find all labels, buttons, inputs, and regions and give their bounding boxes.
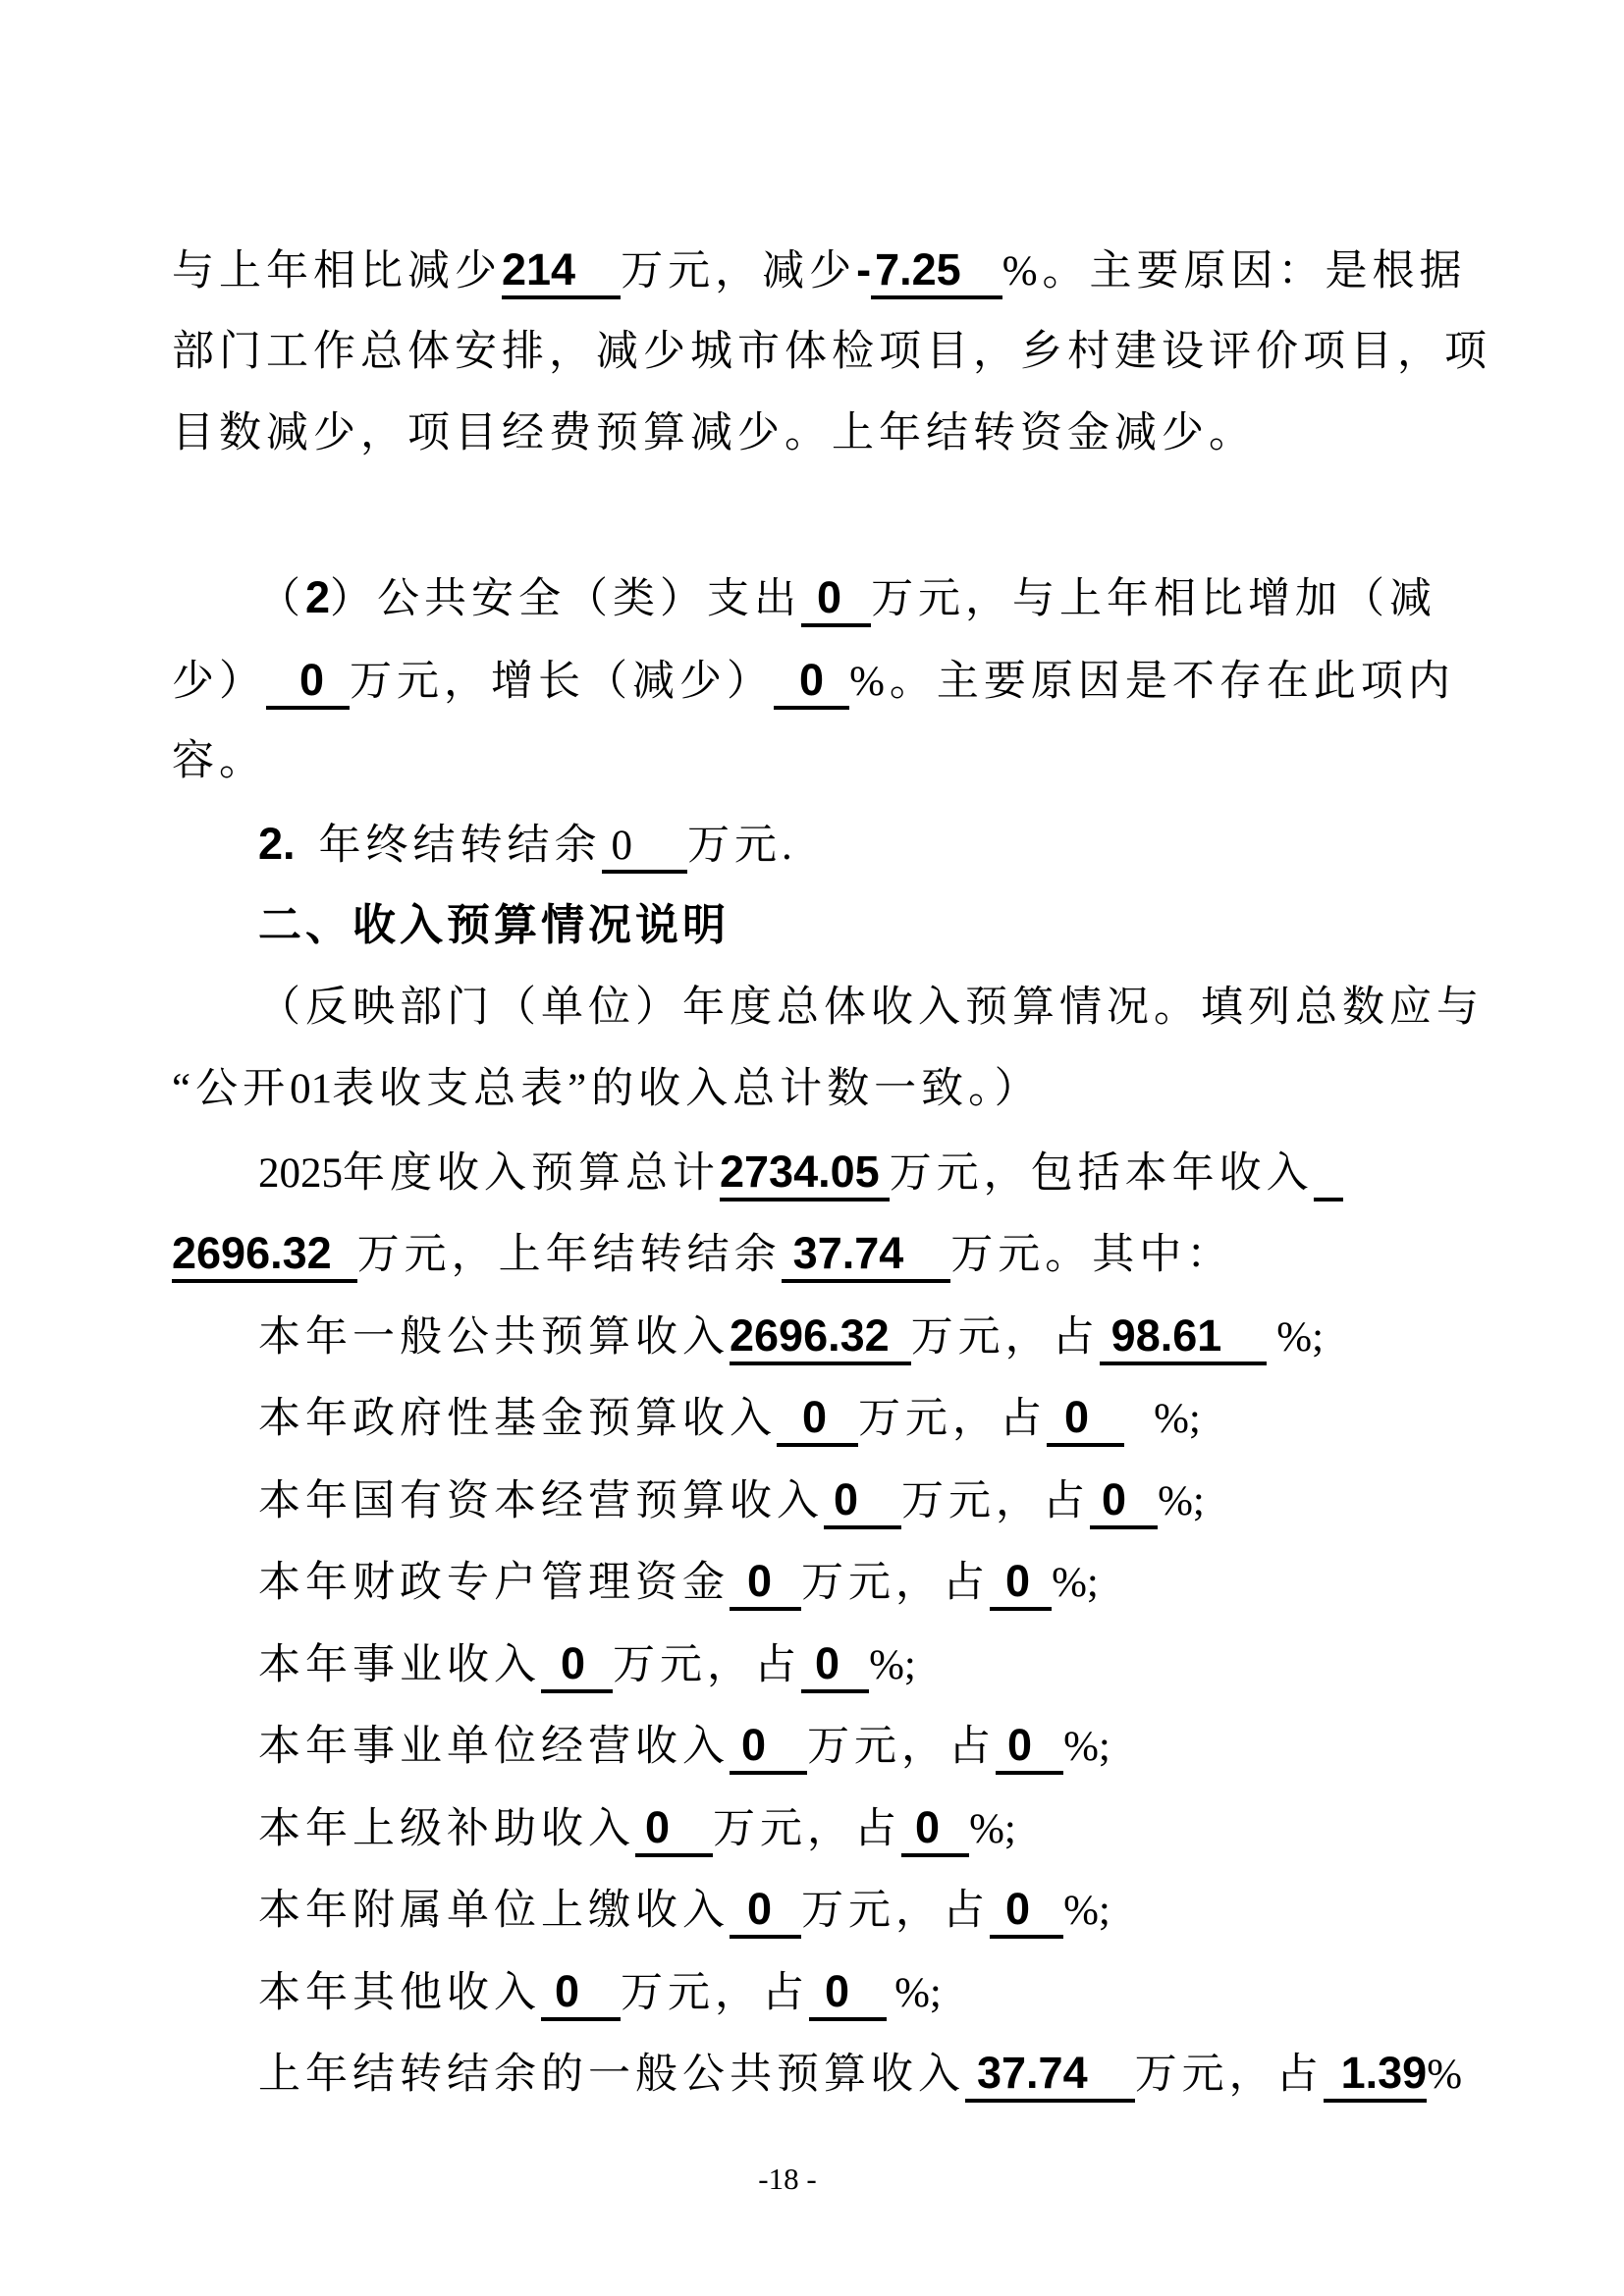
underlined-value: 0 <box>809 1966 887 2021</box>
text-run: %; <box>1158 1478 1205 1524</box>
text-line: 2.年终结转结余0万元. <box>172 803 1519 885</box>
underlined-value: 7.25 <box>871 244 1002 299</box>
text-run: 表收支总表”的收入总计数一致。） <box>332 1066 1042 1112</box>
underlined-value: 0 <box>602 823 688 874</box>
text-line: 容。 <box>172 721 1519 803</box>
text-run: %; <box>1276 1314 1324 1361</box>
text-line: 本年国有资本经营预算收入0万元，占0%; <box>172 1459 1519 1541</box>
page-number: -18 - <box>758 2162 816 2196</box>
text-line: 本年事业单位经营收入0万元，占0%; <box>172 1704 1519 1787</box>
text-run: %; <box>894 1970 942 2016</box>
text-line: 与上年相比减少214万元，减少-7.25%。主要原因：是根据 <box>172 229 1519 311</box>
underlined-value: 37.74 <box>965 2048 1135 2103</box>
text-run: 万元，占 <box>858 1396 1047 1442</box>
underlined-value: 0 <box>801 1638 869 1693</box>
text-run: 二、收入预算情况说明 <box>258 901 730 949</box>
text-line: 本年附属单位上缴收入0万元，占0%; <box>172 1868 1519 1950</box>
text-run: 少） <box>172 659 266 705</box>
text-run: 本年事业收入 <box>258 1642 541 1688</box>
text-line: 少）0万元，增长（减少）0%。主要原因是不存在此项内 <box>172 639 1519 721</box>
spacer <box>1267 1350 1276 1351</box>
text-run: %。主要原因是不存在此项内 <box>849 659 1455 705</box>
text-run: 万元，与上年相比增加（减 <box>871 576 1436 622</box>
text-run: 万元，占 <box>801 1888 990 1934</box>
document-body: 与上年相比减少214万元，减少-7.25%。主要原因：是根据部门工作总体安排，减… <box>172 229 1519 2114</box>
text-line: 2696.32万元，上年结转结余37.74万元。其中： <box>172 1212 1519 1295</box>
underlined-value: 0 <box>1047 1392 1124 1447</box>
text-line: 二、收入预算情况说明 <box>172 884 1519 967</box>
text-run: 本年国有资本经营预算收入 <box>258 1478 824 1524</box>
underlined-value: 0 <box>774 655 849 710</box>
underlined-value: 2696.32 <box>730 1310 911 1365</box>
text-run: 万元，包括本年收入 <box>890 1150 1314 1197</box>
text-run: 万元，占 <box>613 1642 801 1688</box>
text-run: （ <box>258 576 305 622</box>
underlined-value: 214 <box>502 244 621 299</box>
underlined-value: 0 <box>990 1556 1052 1611</box>
underlined-value: 0 <box>1090 1474 1158 1529</box>
text-run: 万元，占 <box>807 1724 996 1770</box>
underlined-value: 0 <box>824 1474 901 1529</box>
underlined-value: 0 <box>777 1392 858 1447</box>
spacer <box>1124 1431 1154 1432</box>
underlined-value: 0 <box>730 1720 807 1775</box>
text-run: %; <box>1154 1396 1201 1442</box>
text-run: 本年财政专户管理资金 <box>258 1560 730 1606</box>
text-run: 本年政府性基金预算收入 <box>258 1396 777 1442</box>
text-line: 本年事业收入0万元，占0%; <box>172 1623 1519 1705</box>
text-run: 容。 <box>172 738 266 784</box>
text-run: 万元，上年结转结余 <box>357 1232 782 1278</box>
text-run: 万元. <box>687 823 797 869</box>
underlined-value: 37.74 <box>782 1228 951 1283</box>
underlined-value: 98.61 <box>1100 1310 1268 1365</box>
text-run: %; <box>869 1642 916 1688</box>
text-run: 本年上级补助收入 <box>258 1806 635 1852</box>
text-run: 万元，占 <box>801 1560 990 1606</box>
blank-line <box>172 475 1519 558</box>
text-run: 2025 <box>258 1150 343 1197</box>
spacer <box>296 858 319 859</box>
text-run: %; <box>1052 1560 1099 1606</box>
underlined-value: 0 <box>730 1556 801 1611</box>
text-run: 与上年相比减少 <box>172 248 502 294</box>
underlined-value: 0 <box>730 1884 801 1939</box>
underlined-value: 1.39 <box>1324 2048 1428 2103</box>
text-line: （2）公共安全（类）支出0万元，与上年相比增加（减 <box>172 557 1519 639</box>
underlined-value: 0 <box>541 1966 621 2021</box>
text-run: 万元，占 <box>713 1806 901 1852</box>
underlined-value: 0 <box>996 1720 1063 1775</box>
text-run: 上年结转结余的一般公共预算收入 <box>258 2052 965 2098</box>
text-run: 本年事业单位经营收入 <box>258 1724 730 1770</box>
text-run: “公开 <box>172 1066 290 1112</box>
text-line: 本年一般公共预算收入2696.32万元，占98.61%; <box>172 1295 1519 1377</box>
underlined-value: 0 <box>266 655 350 710</box>
text-run: 年度收入预算总计 <box>343 1150 720 1197</box>
underlined-value: 0 <box>801 572 871 627</box>
text-line: 本年上级补助收入0万元，占0%; <box>172 1787 1519 1869</box>
text-run: 万元，占 <box>1135 2052 1324 2098</box>
text-run: 01 <box>290 1066 332 1112</box>
text-run: 万元。其中： <box>950 1232 1233 1278</box>
text-run: % <box>1427 2052 1462 2098</box>
text-run: 万元，增长（减少） <box>350 659 774 705</box>
underlined-value: 0 <box>635 1802 713 1857</box>
text-line: 2025年度收入预算总计2734.05万元，包括本年收入 <box>172 1131 1519 1213</box>
page-footer: -18 - <box>0 2162 1599 2197</box>
text-line: 目数减少，项目经费预算减少。上年结转资金减少。 <box>172 393 1519 475</box>
text-line: 部门工作总体安排，减少城市体检项目，乡村建设评价项目，项 <box>172 311 1519 394</box>
text-run: 本年附属单位上缴收入 <box>258 1888 730 1934</box>
underlined-value: 0 <box>901 1802 969 1857</box>
text-run: %; <box>969 1806 1016 1852</box>
text-run: 2 <box>305 572 330 622</box>
text-run: %; <box>1063 1724 1110 1770</box>
text-run: 万元，占 <box>621 1970 809 2016</box>
underlined-value: 0 <box>541 1638 613 1693</box>
text-run: 目数减少，项目经费预算减少。上年结转资金减少。 <box>172 410 1256 456</box>
text-run: 本年一般公共预算收入 <box>258 1314 730 1361</box>
underlined-value: 2696.32 <box>172 1228 357 1283</box>
text-line: 本年财政专户管理资金0万元，占0%; <box>172 1540 1519 1623</box>
text-run: 年终结转结余 <box>319 823 602 869</box>
text-run: 万元，占 <box>911 1314 1100 1361</box>
text-run: ）公共安全（类）支出 <box>330 576 801 622</box>
text-run: 部门工作总体安排，减少城市体检项目，乡村建设评价项目，项 <box>172 329 1491 375</box>
underlined-value: 2734.05 <box>720 1147 890 1201</box>
text-line: 本年政府性基金预算收入0万元，占0%; <box>172 1376 1519 1459</box>
text-line: “公开01表收支总表”的收入总计数一致。） <box>172 1048 1519 1131</box>
blank-underline <box>1314 1147 1343 1201</box>
text-run: %。主要原因：是根据 <box>1002 248 1467 294</box>
text-run: 万元，占 <box>901 1478 1090 1524</box>
text-run: %; <box>1063 1888 1110 1934</box>
text-run: - <box>856 244 871 294</box>
text-line: 上年结转结余的一般公共预算收入37.74万元，占1.39% <box>172 2032 1519 2114</box>
spacer <box>887 2005 894 2006</box>
text-line: 本年其他收入0万元，占0%; <box>172 1950 1519 2033</box>
text-run: 本年其他收入 <box>258 1970 541 2016</box>
underlined-value: 0 <box>990 1884 1063 1939</box>
document-page: 与上年相比减少214万元，减少-7.25%。主要原因：是根据部门工作总体安排，减… <box>0 0 1624 2296</box>
text-run: 2. <box>258 819 296 869</box>
text-run: 万元，减少 <box>621 248 856 294</box>
text-run: （反映部门（单位）年度总体收入预算情况。填列总数应与 <box>258 985 1484 1031</box>
text-line: （反映部门（单位）年度总体收入预算情况。填列总数应与 <box>172 967 1519 1049</box>
